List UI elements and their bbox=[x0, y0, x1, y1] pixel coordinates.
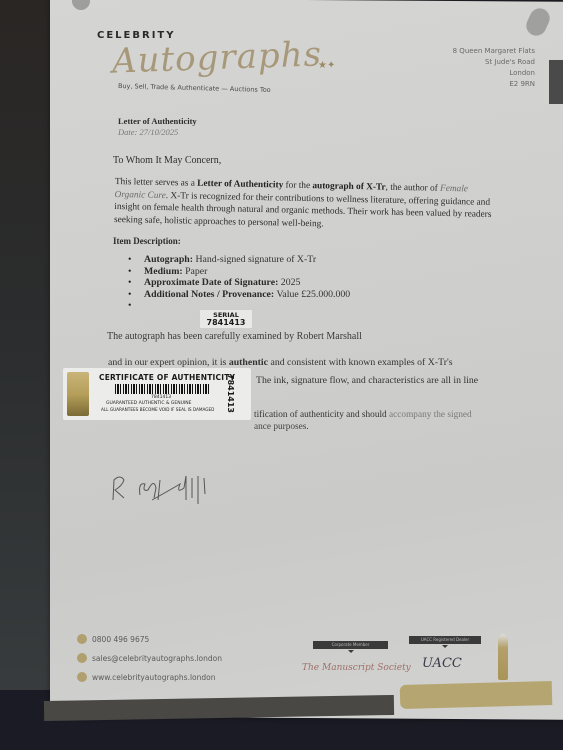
text-bold: Letter of Authenticity bbox=[197, 179, 283, 191]
purpose-line: ance purposes. bbox=[254, 422, 309, 432]
serial-number: 7841413 bbox=[202, 319, 250, 327]
contact-website[interactable]: www.celebrityautographs.london bbox=[77, 672, 216, 682]
footer-gold-bar bbox=[400, 681, 553, 709]
coa-vertical-number: 7841413 bbox=[226, 374, 235, 413]
text-run: and consistent with known examples of X-… bbox=[268, 357, 453, 368]
list-item: Approximate Date of Signature: 2025 bbox=[128, 277, 350, 289]
examined-statement: The autograph has been carefully examine… bbox=[107, 331, 362, 342]
letter-date: Date: 27/10/2025 bbox=[118, 127, 178, 137]
address-line: 8 Queen Margaret Flats bbox=[453, 46, 535, 57]
coa-void-notice: ALL GUARANTEES BECOME VOID IF SEAL IS DA… bbox=[101, 407, 214, 412]
item-label: Additional Notes / Provenance: bbox=[144, 289, 274, 300]
phone-number: 0800 496 9675 bbox=[92, 635, 149, 644]
item-value: Hand-signed signature of X-Tr bbox=[193, 254, 316, 265]
certification-line: tification of authenticity and should ac… bbox=[254, 410, 472, 420]
uacc-logo: UACC bbox=[422, 656, 462, 671]
company-address: 8 Queen Margaret Flats St Jude's Road Lo… bbox=[453, 46, 535, 90]
address-line: London bbox=[453, 68, 535, 79]
address-line: E2 9RN bbox=[453, 79, 535, 90]
intro-paragraph: This letter serves as a Letter of Authen… bbox=[114, 176, 500, 234]
text-run: and in our expert opinion, it is bbox=[108, 357, 229, 368]
web-icon bbox=[77, 672, 87, 682]
manuscript-society-logo: The Manuscript Society bbox=[302, 663, 411, 673]
text-run: . X-Tr is recognized for their contribut… bbox=[114, 191, 491, 229]
item-label: Medium: bbox=[144, 266, 183, 277]
list-item: Medium: Paper bbox=[128, 266, 350, 278]
coa-number: 7841413 bbox=[151, 395, 171, 400]
contact-phone[interactable]: 0800 496 9675 bbox=[77, 634, 149, 644]
website-url: www.celebrityautographs.london bbox=[92, 673, 216, 682]
text-bold: authentic bbox=[229, 357, 268, 368]
salutation: To Whom It May Concern, bbox=[113, 155, 221, 166]
text-run: for the bbox=[283, 181, 312, 192]
coa-guarantee: GUARANTEED AUTHENTIC & GENUINE bbox=[106, 401, 191, 406]
text-run: , the author of bbox=[385, 183, 440, 194]
item-description-list: Autograph: Hand-signed signature of X-Tr… bbox=[128, 254, 350, 312]
hologram-icon bbox=[67, 372, 89, 416]
item-value: 2025 bbox=[278, 277, 300, 288]
list-item: Autograph: Hand-signed signature of X-Tr bbox=[128, 254, 350, 266]
item-label: Autograph: bbox=[144, 254, 193, 265]
ink-statement: The ink, signature flow, and characteris… bbox=[256, 375, 478, 386]
star-icon: ★✦ bbox=[318, 60, 335, 71]
list-item: Additional Notes / Provenance: Value £25… bbox=[128, 289, 350, 301]
contact-email[interactable]: sales@celebrityautographs.london bbox=[77, 653, 222, 663]
society-badge: Corporate Member bbox=[313, 641, 388, 649]
text-faded: accompany the signed bbox=[389, 410, 472, 420]
pen-icon bbox=[498, 634, 508, 680]
item-value: Paper bbox=[183, 266, 208, 277]
barcode-icon bbox=[115, 384, 211, 394]
phone-icon bbox=[77, 634, 87, 644]
address-line: St Jude's Road bbox=[453, 57, 535, 68]
brand-logo-script: Autographs bbox=[111, 34, 322, 81]
email-address: sales@celebrityautographs.london bbox=[92, 654, 222, 663]
serial-sticker: SERIAL 7841413 bbox=[200, 310, 252, 328]
background-surface bbox=[0, 0, 55, 750]
item-value: Value £25.000.000 bbox=[274, 289, 350, 300]
email-icon bbox=[77, 653, 87, 663]
item-label: Approximate Date of Signature: bbox=[144, 277, 278, 288]
text-run: tification of authenticity and should bbox=[254, 410, 389, 420]
uacc-badge: UACC Registered Dealer bbox=[409, 636, 481, 644]
signature-image bbox=[110, 470, 225, 515]
letter-heading: Letter of Authenticity bbox=[118, 116, 197, 126]
coa-sticker: CERTIFICATE OF AUTHENTICITY 7841413 GUAR… bbox=[63, 368, 251, 420]
item-description-heading: Item Description: bbox=[113, 236, 181, 246]
opinion-statement: and in our expert opinion, it is authent… bbox=[108, 357, 453, 368]
text-run: This letter serves as a bbox=[115, 177, 198, 189]
text-bold: autograph of X-Tr bbox=[312, 181, 385, 193]
coa-title: CERTIFICATE OF AUTHENTICITY bbox=[99, 373, 235, 382]
side-tab bbox=[549, 60, 563, 104]
